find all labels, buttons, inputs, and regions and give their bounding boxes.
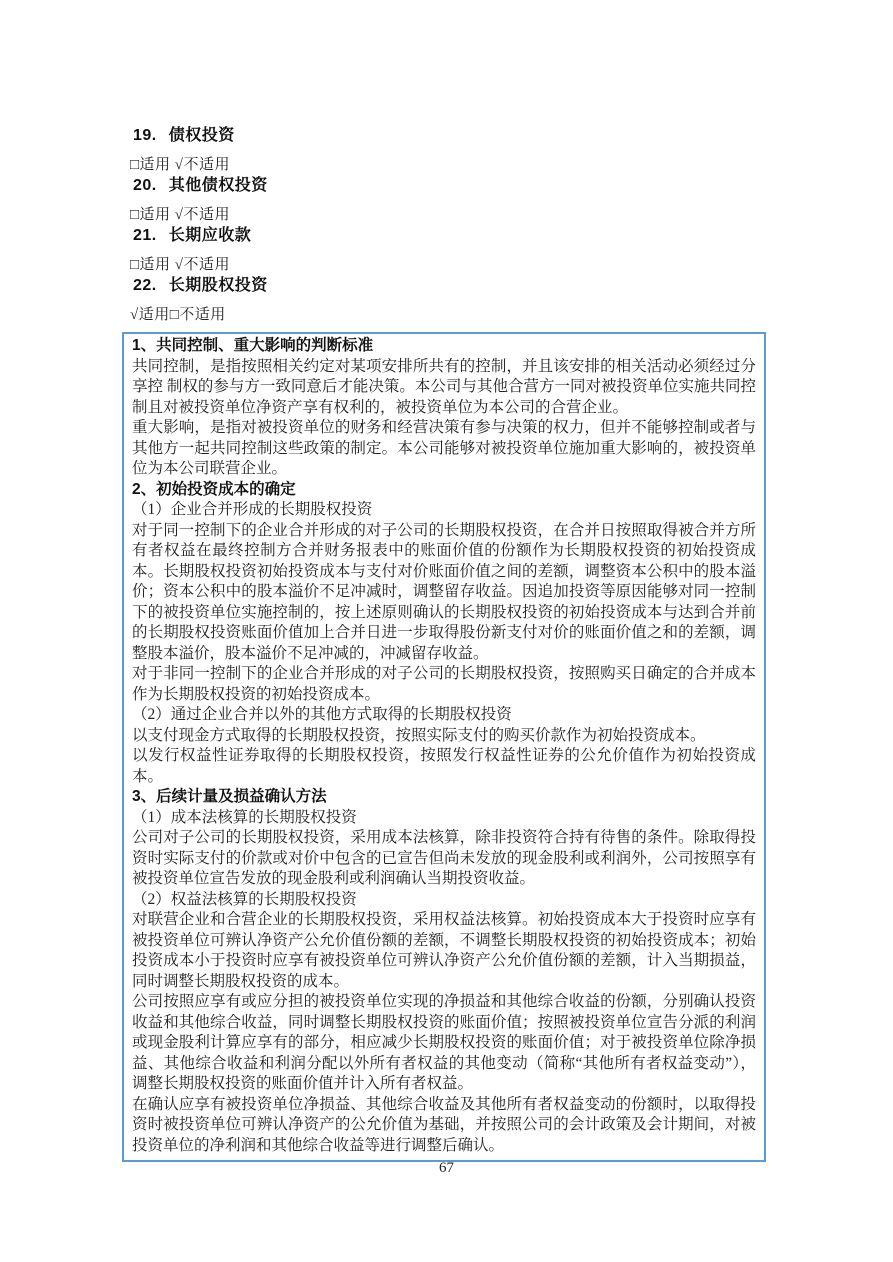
policy-paragraph: 在确认应享有被投资单位净损益、其他综合收益及其他所有者权益变动的份额时，以取得投… <box>132 1095 756 1157</box>
policy-paragraph: 对于同一控制下的企业合并形成的对子公司的长期股权投资，在合并日按照取得被合并方所… <box>132 521 756 665</box>
applicability-line-19: □适用 √不适用 <box>130 156 766 174</box>
policy-section-heading: 1、共同控制、重大影响的判断标准 <box>132 336 756 357</box>
policy-subheading: （1）企业合并形成的长期股权投资 <box>132 500 756 521</box>
policy-subheading: （2）权益法核算的长期股权投资 <box>132 890 756 911</box>
item-heading-20: 20.其他债权投资 <box>133 176 766 196</box>
policy-paragraph: 公司对子公司的长期股权投资，采用成本法核算，除非投资符合持有待售的条件。除取得投… <box>132 828 756 890</box>
applicability-line-22: √适用□不适用 <box>130 306 766 324</box>
page-content: 19.债权投资 □适用 √不适用 20.其他债权投资 □适用 √不适用 21.长… <box>122 126 766 1162</box>
policy-paragraph: 对联营企业和合营企业的长期股权投资，采用权益法核算。初始投资成本大于投资时应享有… <box>132 910 756 992</box>
page-number: 67 <box>0 1160 893 1177</box>
item-heading-21: 21.长期应收款 <box>133 226 766 246</box>
policy-paragraph: 以支付现金方式取得的长期股权投资，按照实际支付的购买价款作为初始投资成本。 <box>132 726 756 747</box>
policy-paragraph: 重大影响，是指对被投资单位的财务和经营决策有参与决策的权力，但并不能够控制或者与… <box>132 418 756 480</box>
policy-subheading: （2）通过企业合并以外的其他方式取得的长期股权投资 <box>132 705 756 726</box>
item-22: 22.长期股权投资 √适用□不适用 <box>122 276 766 324</box>
item-heading-22: 22.长期股权投资 <box>133 276 766 296</box>
item-number: 19. <box>133 127 157 144</box>
item-title: 长期股权投资 <box>169 277 268 294</box>
item-19: 19.债权投资 □适用 √不适用 <box>122 126 766 174</box>
policy-paragraph: 共同控制，是指按照相关约定对某项安排所共有的控制，并且该安排的相关活动必须经过分… <box>132 357 756 419</box>
policy-paragraph: 公司按照应享有或应分担的被投资单位实现的净损益和其他综合收益的份额，分别确认投资… <box>132 992 756 1095</box>
item-title: 其他债权投资 <box>169 177 268 194</box>
policy-box: 1、共同控制、重大影响的判断标准 共同控制，是指按照相关约定对某项安排所共有的控… <box>122 332 766 1162</box>
item-20: 20.其他债权投资 □适用 √不适用 <box>122 176 766 224</box>
policy-section-heading: 3、后续计量及损益确认方法 <box>132 787 756 808</box>
item-title: 长期应收款 <box>169 227 252 244</box>
item-number: 21. <box>133 227 157 244</box>
policy-subheading: （1）成本法核算的长期股权投资 <box>132 808 756 829</box>
policy-paragraph: 对于非同一控制下的企业合并形成的对子公司的长期股权投资，按照购买日确定的合并成本… <box>132 664 756 705</box>
item-number: 22. <box>133 277 157 294</box>
applicability-line-21: □适用 √不适用 <box>130 256 766 274</box>
policy-paragraph: 以发行权益性证券取得的长期股权投资，按照发行权益性证券的公允价值作为初始投资成本… <box>132 746 756 787</box>
item-21: 21.长期应收款 □适用 √不适用 <box>122 226 766 274</box>
item-heading-19: 19.债权投资 <box>133 126 766 146</box>
policy-section-heading: 2、初始投资成本的确定 <box>132 480 756 501</box>
applicability-line-20: □适用 √不适用 <box>130 206 766 224</box>
item-number: 20. <box>133 177 157 194</box>
item-title: 债权投资 <box>169 127 235 144</box>
